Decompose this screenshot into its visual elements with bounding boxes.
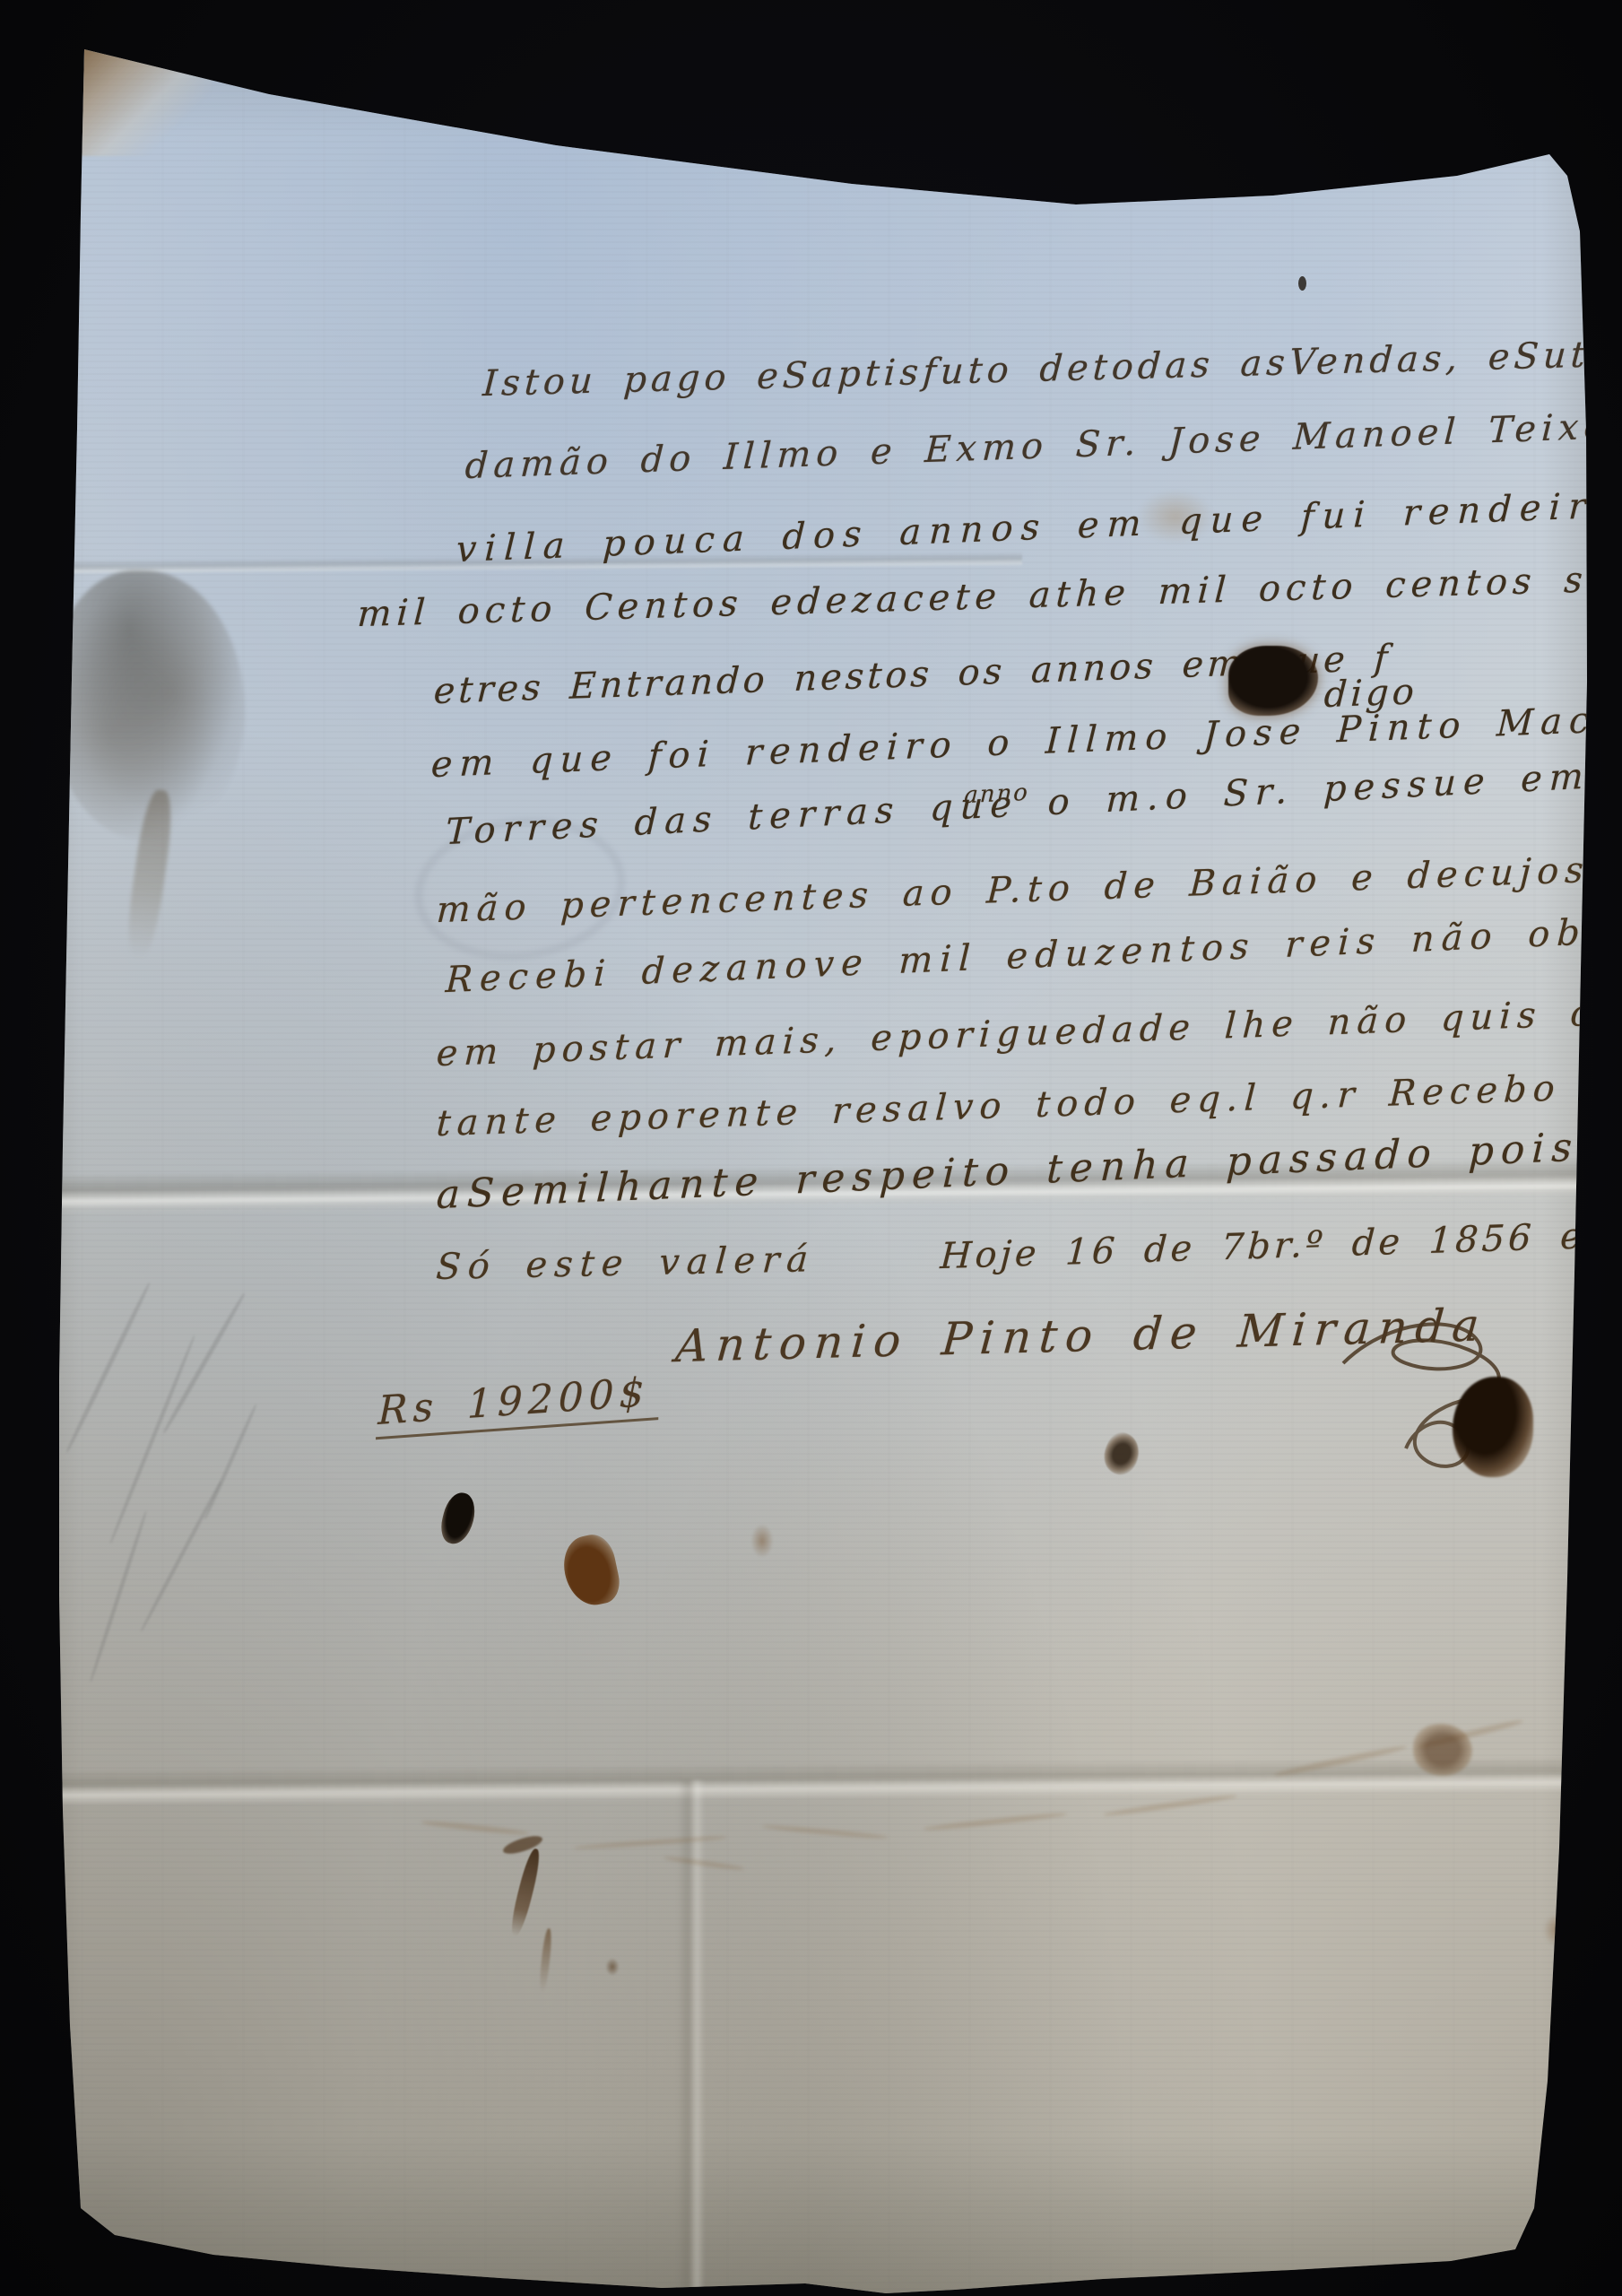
date-line: Hoje 16 de 7br.º de 1856 eSig xyxy=(939,1213,1622,1277)
manuscript-line: Só este valerá xyxy=(435,1239,817,1288)
signature: Antonio Pinto de Miranda xyxy=(673,1299,1488,1372)
superscript-insertion: anno xyxy=(964,779,1030,809)
manuscript-line: mil octo Centos edezacete athe mil octo … xyxy=(356,555,1622,635)
manuscript-line: villa pouca dos annos em que fui rendeir… xyxy=(455,481,1622,570)
photograph-background: Istou pago eSaptisfuto detodas asVendas,… xyxy=(0,0,1622,2296)
amount-notation: Rs 19200$ xyxy=(376,1369,659,1439)
edge-stain xyxy=(36,1952,59,1991)
small-stain-dot xyxy=(47,1189,59,1202)
manuscript-paper: Istou pago eSaptisfuto detodas asVendas,… xyxy=(0,0,1622,2296)
manuscript-line: Istou pago eSaptisfuto detodas asVendas,… xyxy=(481,331,1622,404)
manuscript-line: etres Entrando nestos os annos em que f xyxy=(433,638,1392,712)
manuscript-line: em postar mais, eporiguedade lhe não qui… xyxy=(436,989,1622,1074)
handwritten-text: Istou pago eSaptisfuto detodas asVendas,… xyxy=(0,0,1622,2296)
left-edge-ink-mark xyxy=(38,924,65,1001)
manuscript-line: damão do Illmo e Exmo Sr. Jose Manoel Te… xyxy=(464,401,1622,488)
